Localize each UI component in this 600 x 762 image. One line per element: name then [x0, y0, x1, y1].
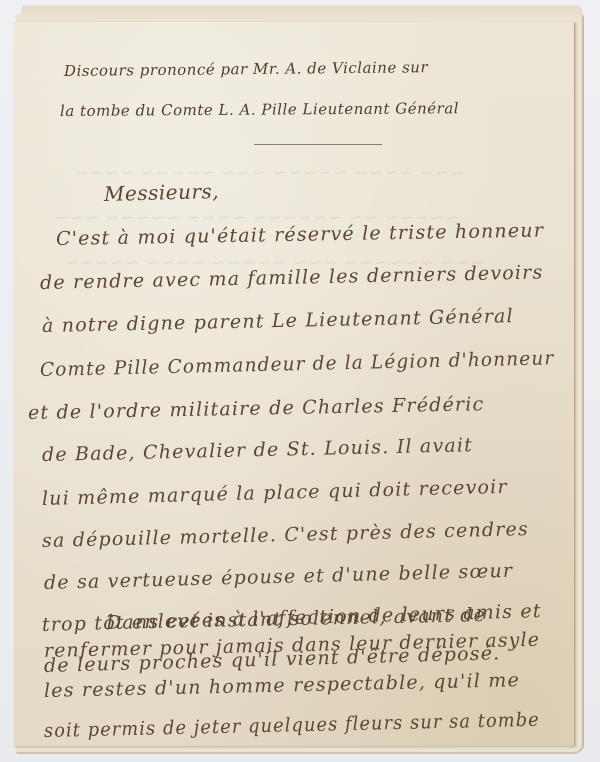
title-divider [254, 144, 382, 145]
salutation: Messieurs, [104, 179, 220, 206]
body-line-5: et de l'ordre militaire de Charles Frédé… [28, 393, 485, 424]
body-line-8: sa dépouille mortelle. C'est près des ce… [42, 518, 529, 552]
body-line-3: à notre digne parent Le Lieutenant Génér… [42, 305, 514, 337]
body-line-6: de Bade, Chevalier de St. Louis. Il avai… [42, 434, 474, 466]
body-line-4: Comte Pille Commandeur de la Légion d'ho… [40, 347, 555, 381]
body-line-9: de sa vertueuse épouse et d'une belle sœ… [44, 560, 514, 594]
title-line-2: la tombe du Comte L. A. Pille Lieutenant… [60, 99, 459, 120]
photo-stage: ~~~ ~~~~ ~~~~~ ~~~ ~~~~~ ~~~~ ~~~~~ ~~ ~… [0, 0, 600, 762]
title-line-1: Discours prononcé par Mr. A. de Viclaine… [64, 58, 428, 80]
body-line-7: lui même marqué la place qui doit recevo… [42, 476, 508, 510]
bleed-through: ~~~ ~~~~ ~~~~~ ~~~ ~~~~~ ~~~~ [74, 162, 465, 183]
body-line-12: Dans cet instant solennel, avant de [106, 604, 487, 634]
